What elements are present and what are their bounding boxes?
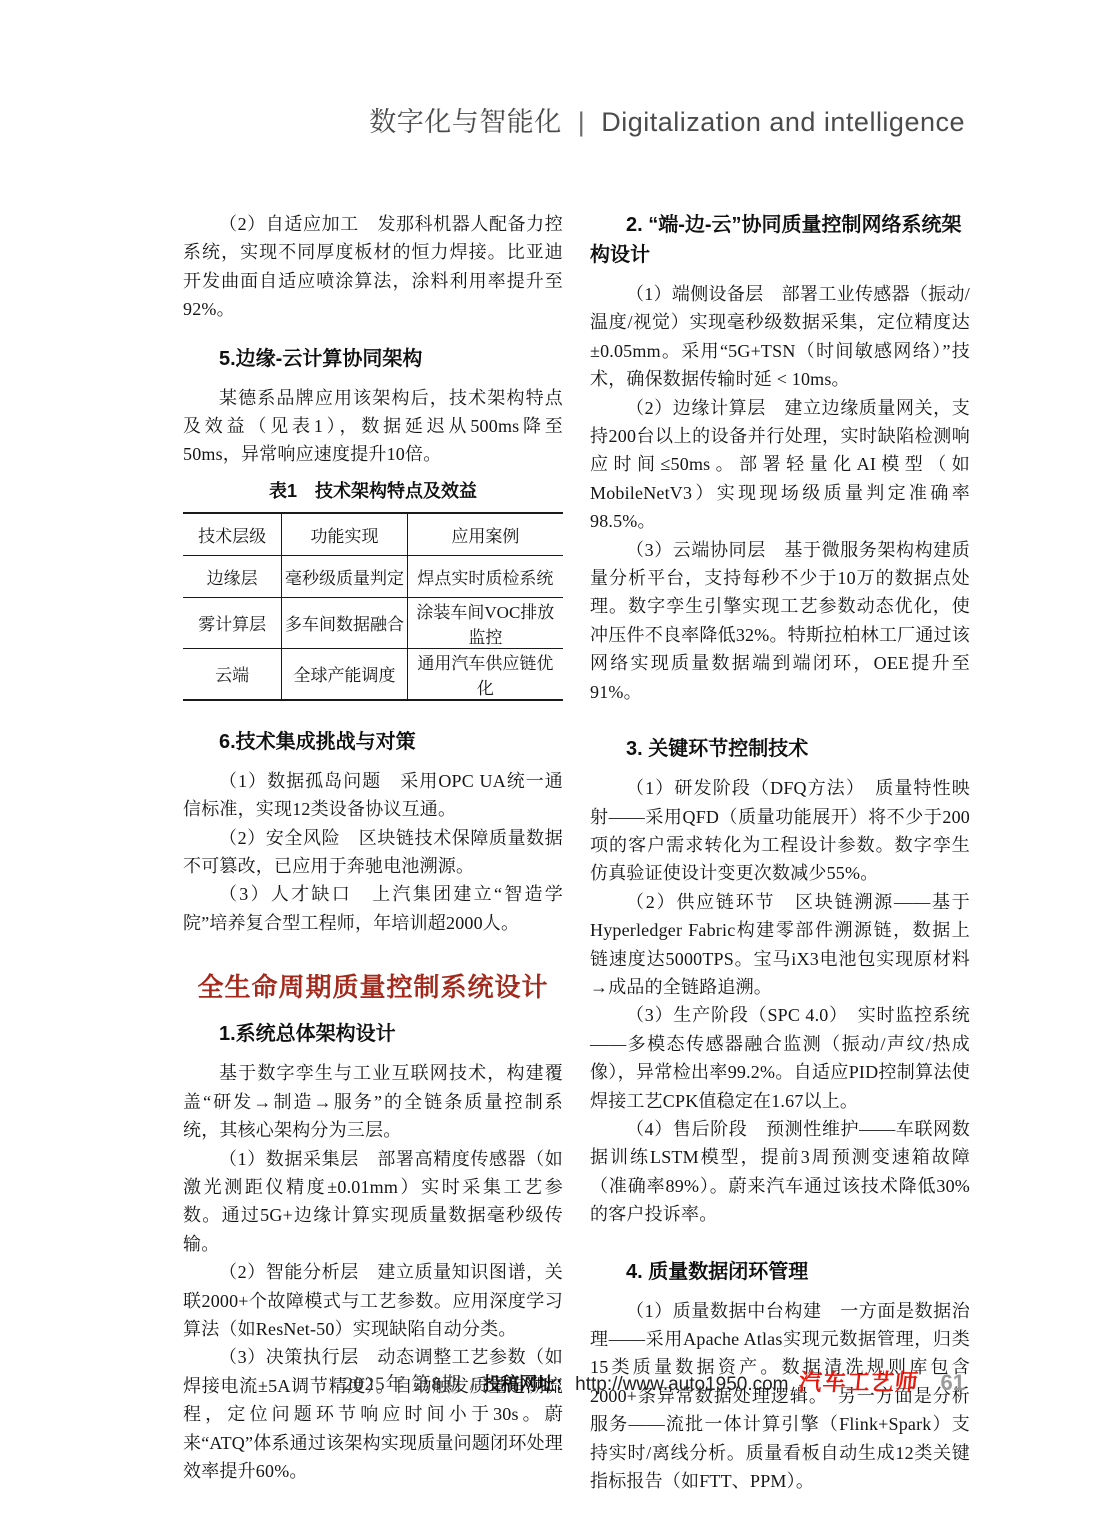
table-caption: 表1 技术架构特点及效益 <box>183 477 563 503</box>
heading-system-architecture: 1.系统总体架构设计 <box>183 1019 563 1049</box>
paragraph-edge-cloud-benefit: 某德系品牌应用该架构后，技术架构特点及效益（见表1），数据延迟从500ms降至5… <box>183 384 563 469</box>
magazine-page: 数字化与智能化|Digitalization and intelligence … <box>0 0 1115 1526</box>
submission-site-label: 投稿网址： <box>483 1370 573 1396</box>
left-column: （2）自适应加工 发那科机器人配备力控系统，实现不同厚度板材的恒力焊接。比亚迪开… <box>183 210 563 1495</box>
table-cell: 焊点实时质检系统 <box>407 555 563 597</box>
page-number: 61 <box>941 1370 965 1396</box>
paragraph-data-collection-layer: （1）数据采集层 部署高精度传感器（如激光测距仪精度±0.01mm）实时采集工艺… <box>183 1145 563 1259</box>
table-cell: 雾计算层 <box>183 597 282 648</box>
article-main-heading: 全生命周期质量控制系统设计 <box>183 973 563 1003</box>
table-cell: 毫秒级质量判定 <box>282 555 407 597</box>
footer-separator: / <box>470 1374 475 1396</box>
heading-key-control-tech: 3. 关键环节控制技术 <box>590 734 970 764</box>
heading-data-loop-management: 4. 质量数据闭环管理 <box>590 1257 970 1287</box>
paragraph-production-stage: （3）生产阶段（SPC 4.0） 实时监控系统——多模态传感器融合监测（振动/声… <box>590 1001 970 1115</box>
table-row: 边缘层 毫秒级质量判定 焊点实时质检系统 <box>183 555 563 597</box>
paragraph-data-silo: （1）数据孤岛问题 采用OPC UA统一通信标准，实现12类设备协议互通。 <box>183 767 563 824</box>
paragraph-device-layer: （1）端侧设备层 部署工业传感器（振动/温度/视觉）实现毫秒级数据采集，定位精度… <box>590 280 970 394</box>
table-row: 云端 全球产能调度 通用汽车供应链优化 <box>183 648 563 700</box>
heading-edge-cloud-architecture: 5.边缘-云计算协同架构 <box>183 344 563 374</box>
paragraph-analysis-layer: （2）智能分析层 建立质量知识图谱，关联2000+个故障模式与工艺参数。应用深度… <box>183 1258 563 1343</box>
table-cell: 涂装车间VOC排放监控 <box>407 597 563 648</box>
table-header-cell: 功能实现 <box>282 513 407 556</box>
paragraph-adaptive-machining: （2）自适应加工 发那科机器人配备力控系统，实现不同厚度板材的恒力焊接。比亚迪开… <box>183 210 563 324</box>
page-footer: 2025年 第8期 / 投稿网址： http://www.auto1950.co… <box>344 1364 965 1397</box>
article-body: （2）自适应加工 发那科机器人配备力控系统，实现不同厚度板材的恒力焊接。比亚迪开… <box>183 210 970 1495</box>
submission-site-url: http://www.auto1950.com <box>575 1374 788 1396</box>
heading-integration-challenges: 6.技术集成挑战与对策 <box>183 727 563 757</box>
paragraph-edge-compute-layer: （2）边缘计算层 建立边缘质量网关，支持200台以上的设备并行处理，实时缺陷检测… <box>590 394 970 536</box>
table-header-cell: 技术层级 <box>183 513 282 556</box>
table-header-cell: 应用案例 <box>407 513 563 556</box>
paragraph-supply-chain: （2）供应链环节 区块链溯源——基于Hyperledger Fabric构建零部… <box>590 888 970 1002</box>
paragraph-cloud-collab-layer: （3）云端协同层 基于微服务架构构建质量分析平台，支持每秒不少于10万的数据点处… <box>590 536 970 706</box>
table-row: 雾计算层 多车间数据融合 涂装车间VOC排放监控 <box>183 597 563 648</box>
paragraph-architecture-overview: 基于数字孪生与工业互联网技术，构建覆盖“研发→制造→服务”的全链条质量控制系统，… <box>183 1059 563 1144</box>
magazine-logo: 汽车工艺师 <box>797 1364 920 1397</box>
header-divider: | <box>578 107 586 137</box>
architecture-benefit-table: 技术层级 功能实现 应用案例 边缘层 毫秒级质量判定 焊点实时质检系统 雾计算层… <box>183 512 563 701</box>
paragraph-talent-gap: （3）人才缺口 上汽集团建立“智造学院”培养复合型工程师，年培训超2000人。 <box>183 880 563 937</box>
table-cell: 云端 <box>183 648 282 700</box>
table-header-row: 技术层级 功能实现 应用案例 <box>183 513 563 556</box>
right-column: 2. “端-边-云”协同质量控制网络系统架构设计 （1）端侧设备层 部署工业传感… <box>590 210 970 1495</box>
section-title-english: Digitalization and intelligence <box>601 107 965 137</box>
page-header: 数字化与智能化|Digitalization and intelligence <box>369 100 965 139</box>
section-title-chinese: 数字化与智能化 <box>369 107 562 137</box>
paragraph-security-risk: （2）安全风险 区块链技术保障质量数据不可篡改，已应用于奔驰电池溯源。 <box>183 824 563 881</box>
paragraph-aftersales-stage: （4）售后阶段 预测性维护——车联网数据训练LSTM模型，提前3周预测变速箱故障… <box>590 1115 970 1229</box>
heading-cloud-network-design: 2. “端-边-云”协同质量控制网络系统架构设计 <box>590 210 970 270</box>
paragraph-rd-stage: （1）研发阶段（DFQ方法） 质量特性映射——采用QFD（质量功能展开）将不少于… <box>590 774 970 888</box>
table-cell: 边缘层 <box>183 555 282 597</box>
table-cell: 全球产能调度 <box>282 648 407 700</box>
issue-info: 2025年 第8期 <box>344 1369 462 1396</box>
table-cell: 多车间数据融合 <box>282 597 407 648</box>
table-cell: 通用汽车供应链优化 <box>407 648 563 700</box>
